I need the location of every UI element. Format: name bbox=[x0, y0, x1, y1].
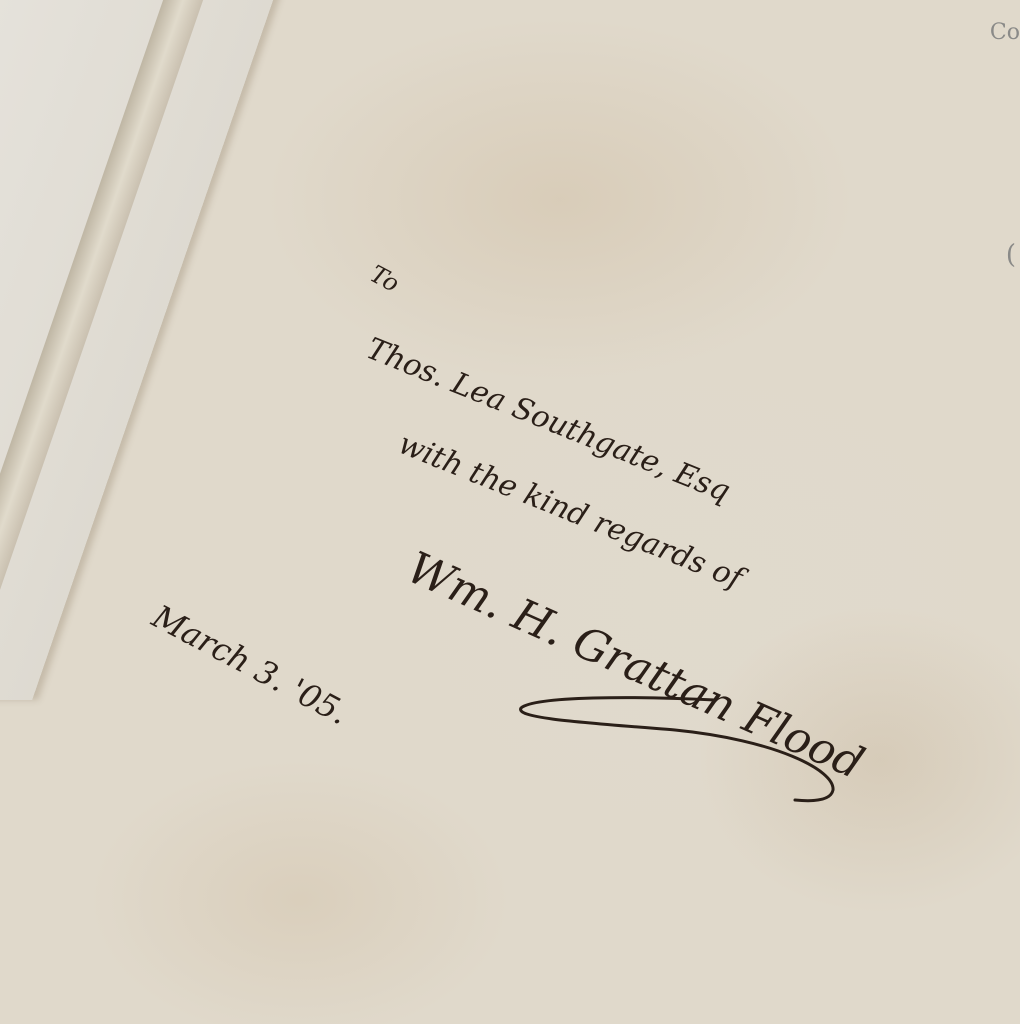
inscription-date: March 3. '05. bbox=[146, 597, 355, 732]
signature-flourish-icon bbox=[515, 690, 855, 810]
inscription-line-to: To bbox=[365, 260, 403, 298]
inscription-photo: To Thos. Lea Southgate, Esq with the kin… bbox=[0, 0, 1020, 1024]
margin-pencil-bracket: ( bbox=[1006, 240, 1016, 270]
margin-pencil-mark: Co bbox=[990, 20, 1020, 45]
